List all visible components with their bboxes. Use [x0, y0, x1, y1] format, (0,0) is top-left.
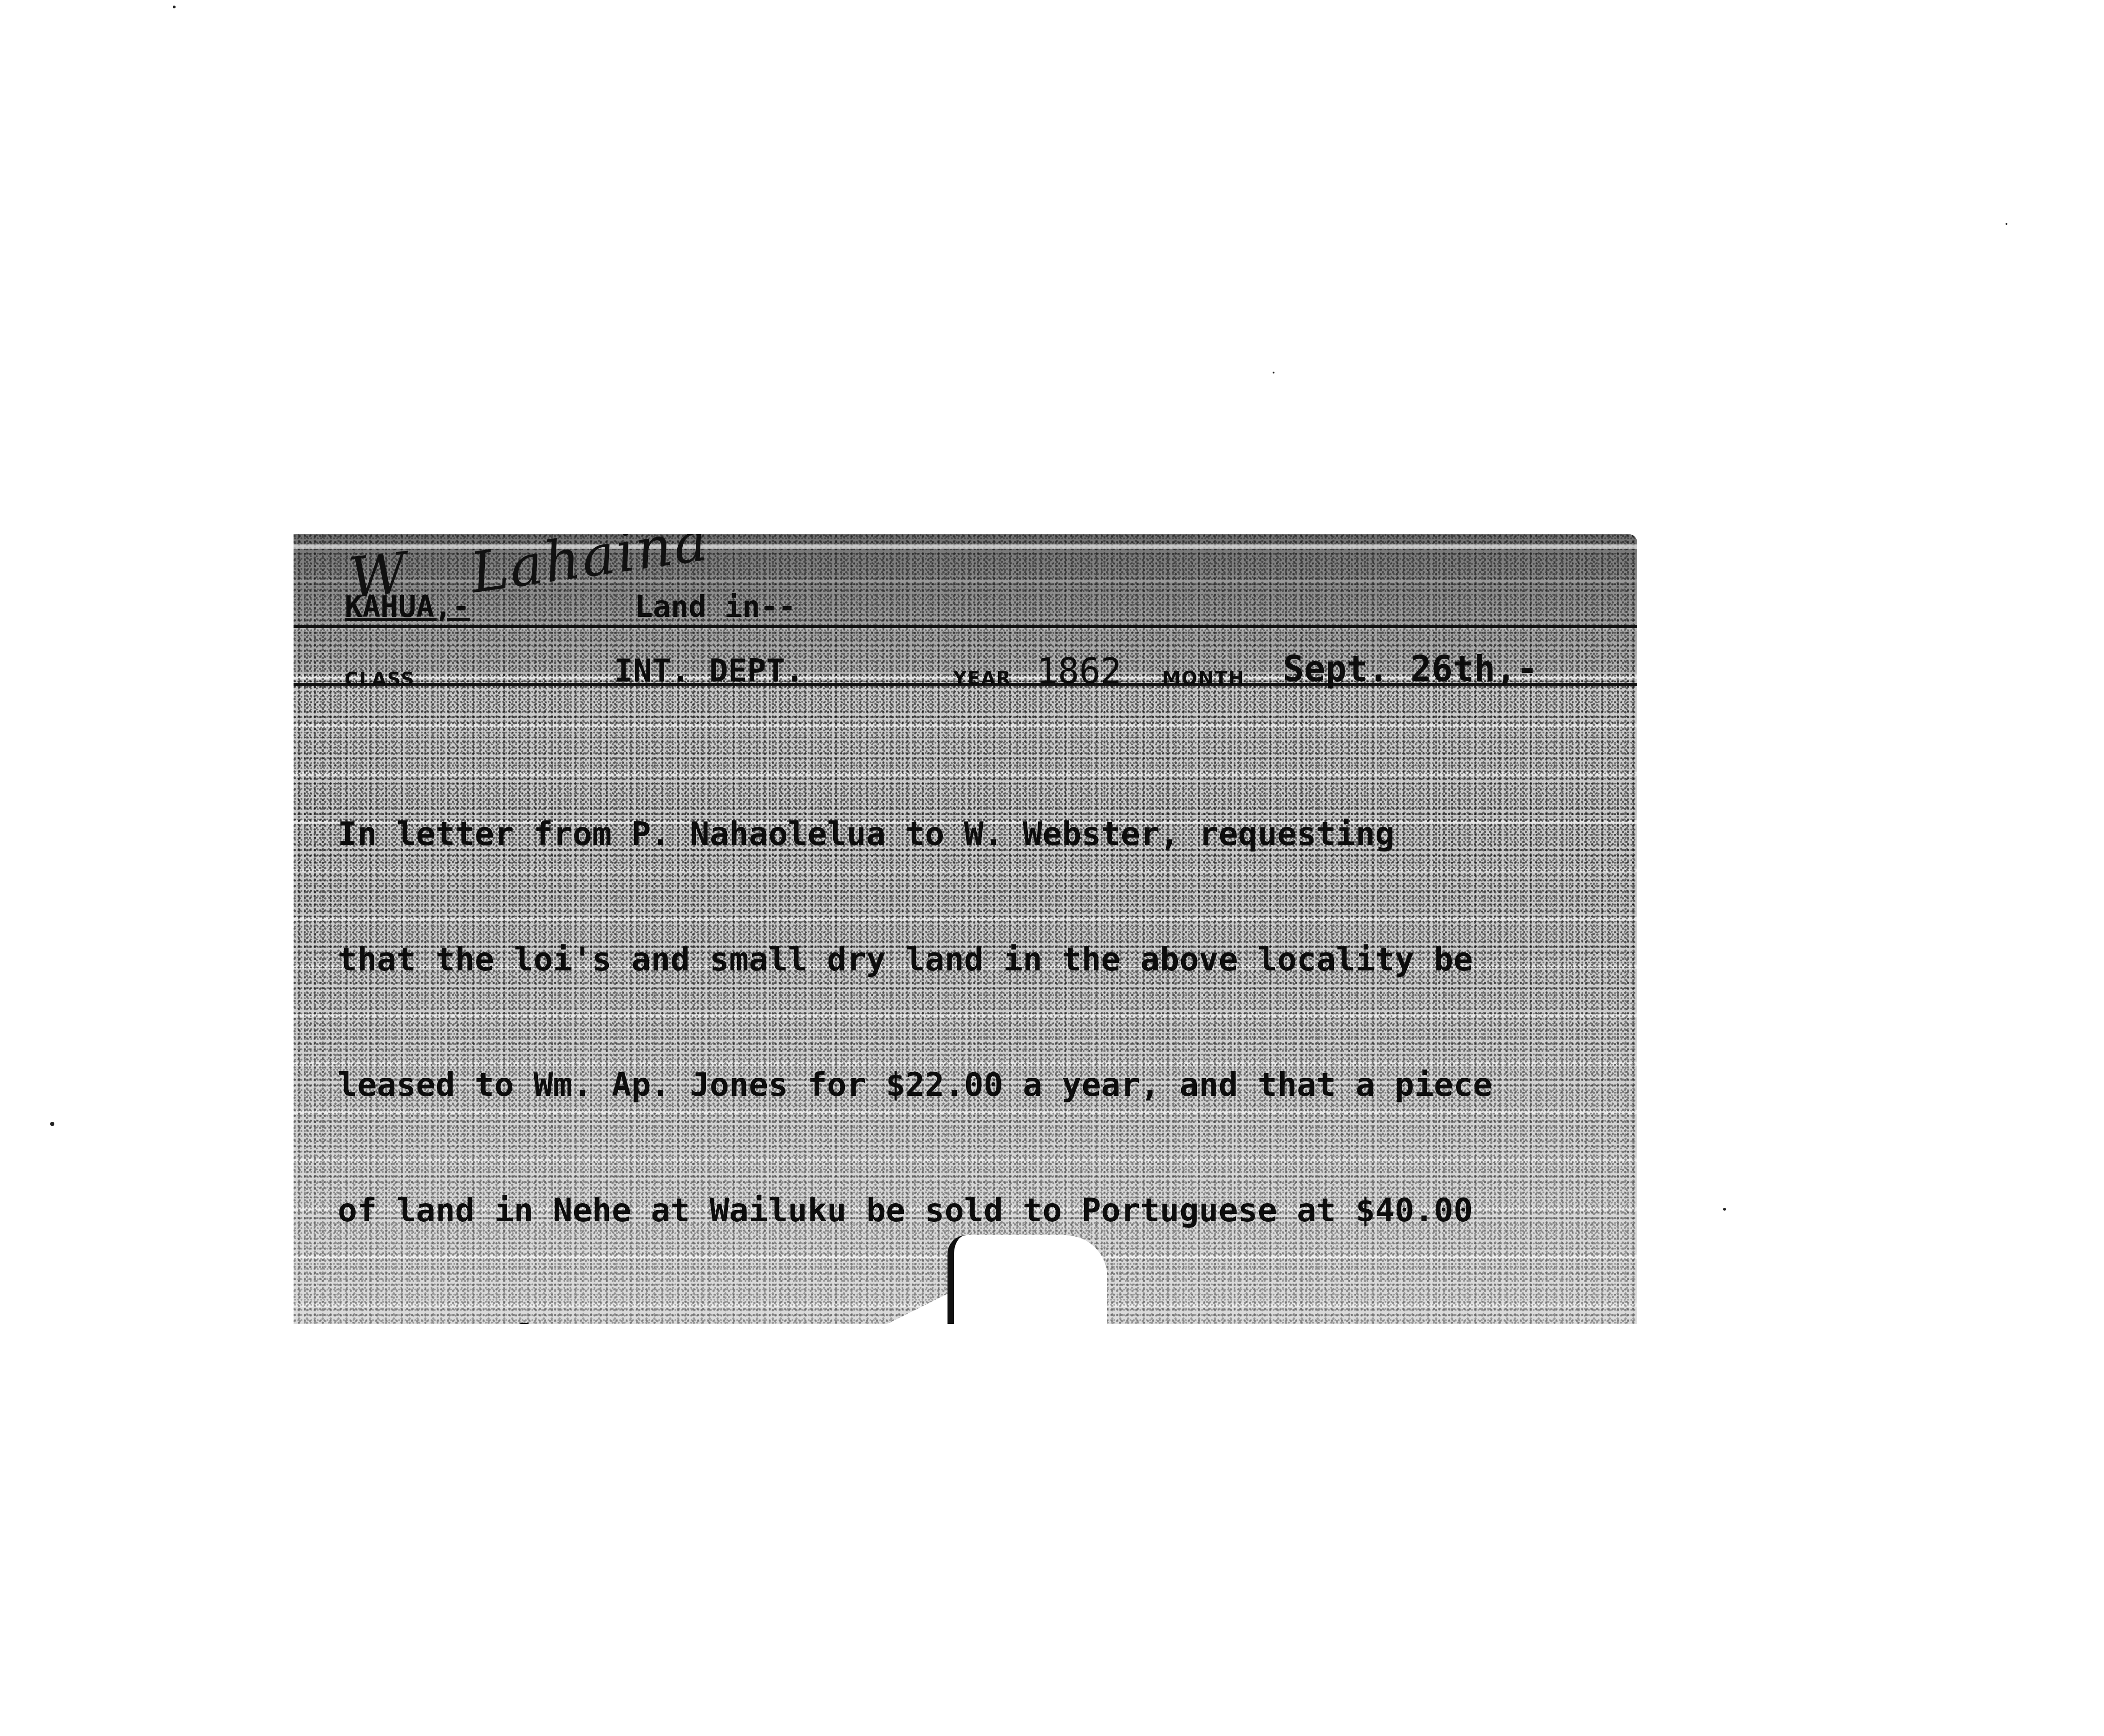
- body-line: of land in Nehe at Wailuku be sold to Po…: [338, 1189, 1629, 1231]
- month-value: Sept. 26th,-: [1283, 648, 1538, 689]
- subject-rule: [294, 625, 1637, 628]
- year-label: YEAR: [953, 668, 1012, 689]
- card-tab-notch: [947, 1235, 1107, 1324]
- month-label: MONTH: [1162, 668, 1245, 689]
- year-value: 1862: [1037, 650, 1122, 692]
- scan-speck: [1723, 1208, 1726, 1211]
- class-label: CLASS: [345, 669, 415, 690]
- scan-speck: [2006, 223, 2007, 225]
- class-value: INT. DEPT.: [614, 653, 804, 689]
- card-body-text: In letter from P. Nahaolelua to W. Webst…: [338, 729, 1629, 1324]
- subject-topic: Land in--: [635, 590, 796, 624]
- scan-speck: [173, 6, 176, 8]
- body-line: leased to Wm. Ap. Jones for $22.00 a yea…: [338, 1064, 1629, 1106]
- scan-speck: [50, 1122, 54, 1126]
- body-line: that the loi's and small dry land in the…: [338, 938, 1629, 980]
- body-line: In letter from P. Nahaolelua to W. Webst…: [338, 813, 1629, 855]
- scanned-page: W Lahaina KAHUA,- Land in-- CLASS INT. D…: [0, 0, 2104, 1736]
- scan-speck: [1273, 372, 1274, 373]
- index-card: W Lahaina KAHUA,- Land in-- CLASS INT. D…: [294, 534, 1637, 1324]
- subject-name: KAHUA,-: [345, 590, 470, 624]
